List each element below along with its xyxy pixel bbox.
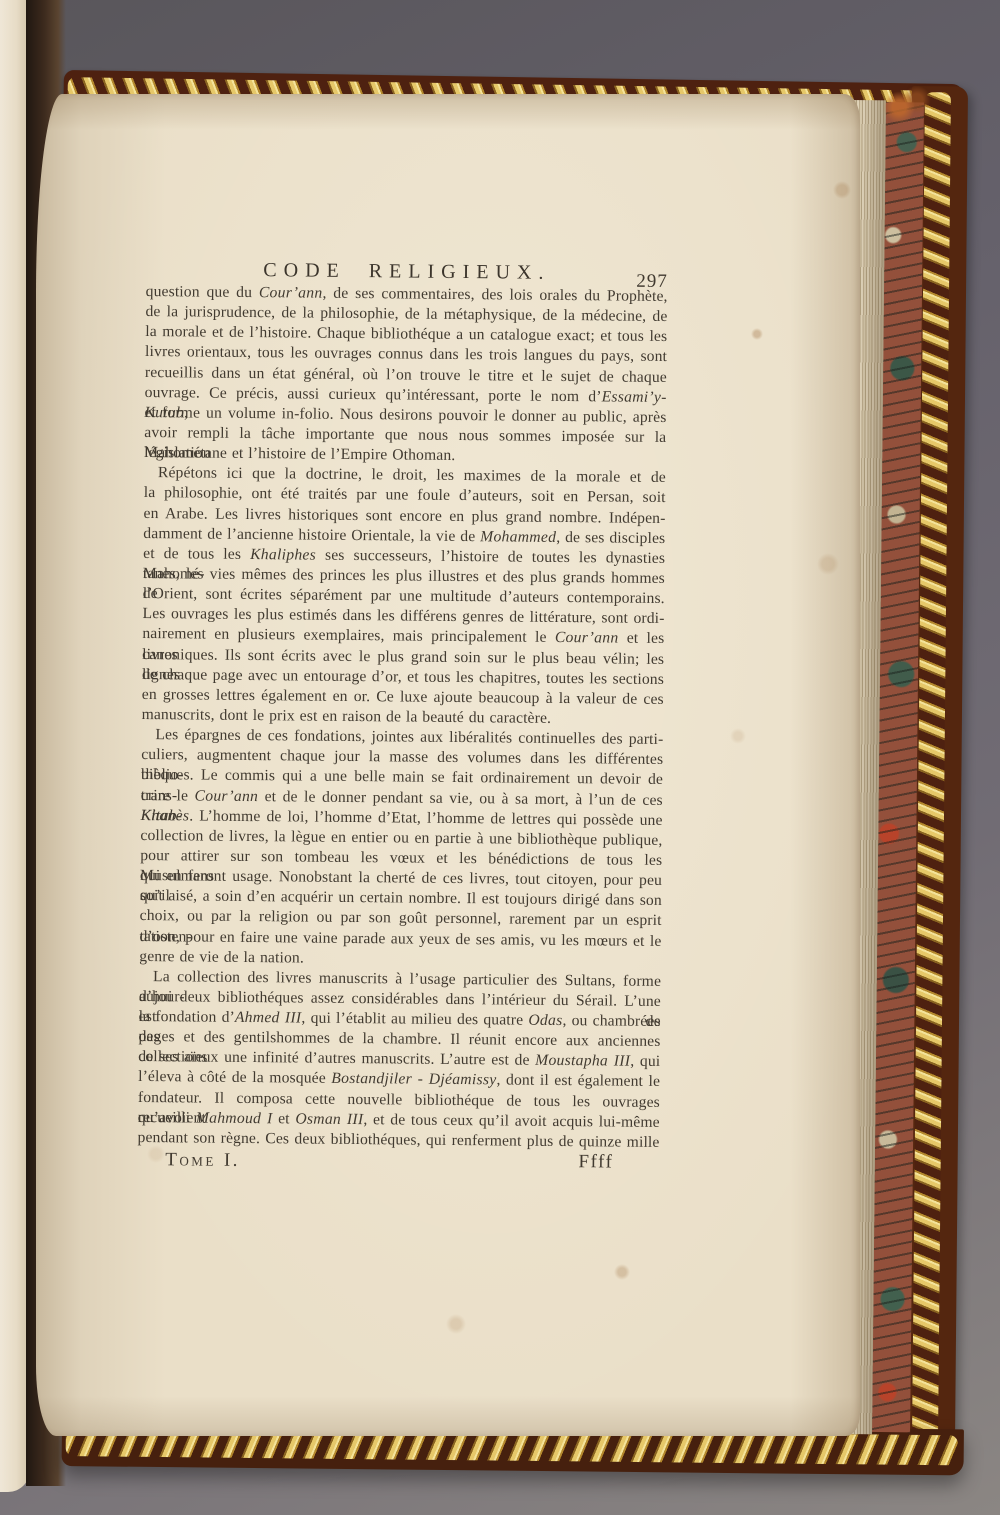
- signature-mark: Ffff: [578, 1151, 613, 1173]
- photo-background: CODE RELIGIEUX. 297 question que du Cour…: [0, 0, 1000, 1515]
- page-footer: Tome I. Ffff: [137, 1149, 659, 1180]
- text-lines: question que du Cour’ann, de ses comment…: [137, 282, 667, 1153]
- worn-corner-patch: [876, 83, 935, 136]
- page-number: 297: [636, 272, 668, 292]
- printed-text-block: CODE RELIGIEUX. 297 question que du Cour…: [137, 258, 668, 1180]
- volume-label: Tome I.: [165, 1149, 240, 1172]
